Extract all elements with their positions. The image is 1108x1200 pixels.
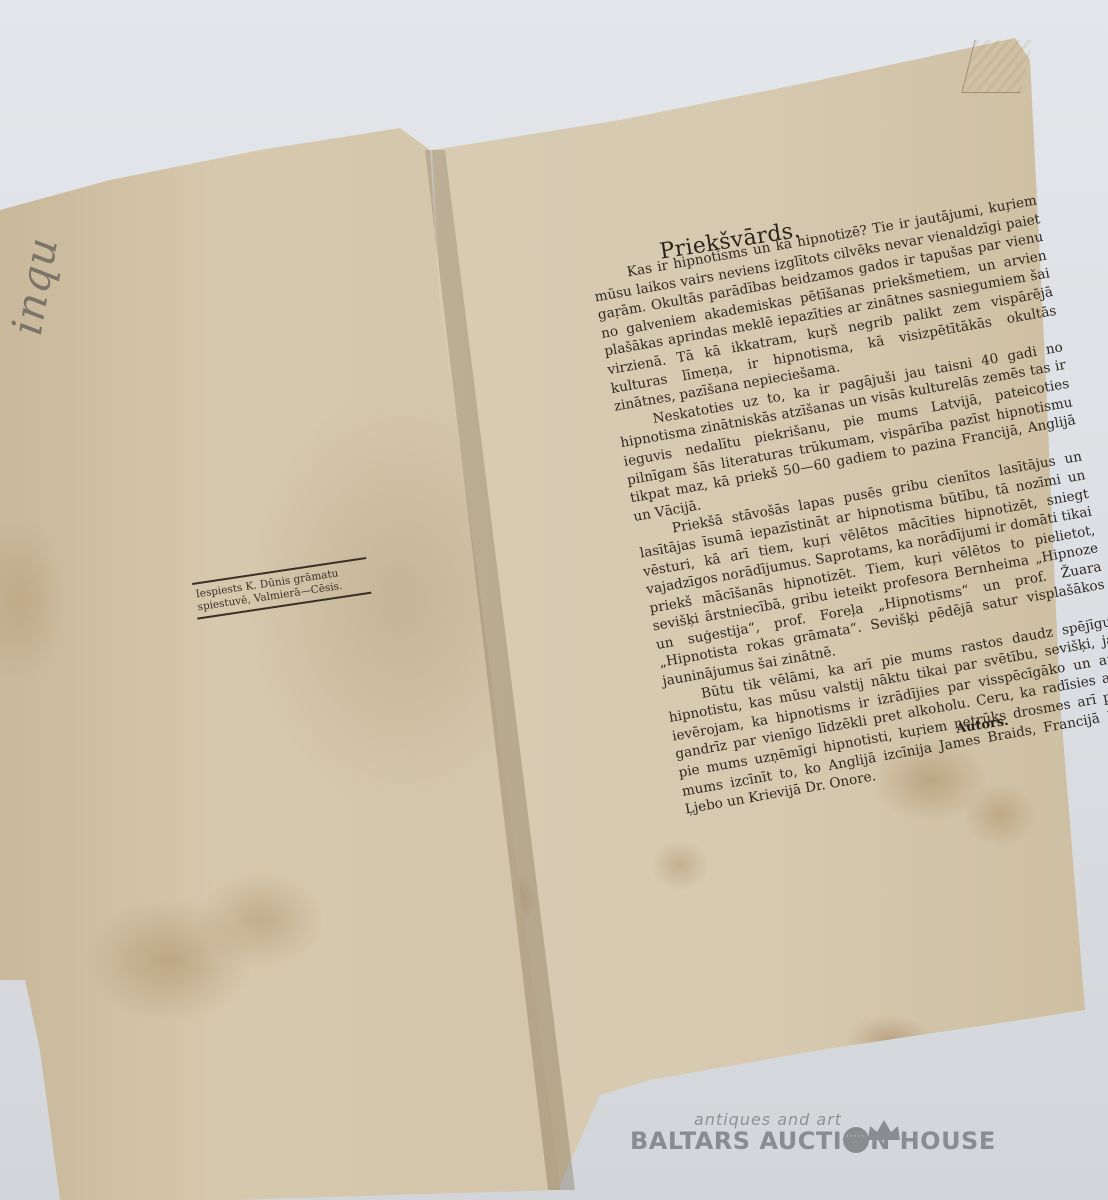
photo-scene: inqu Iespiests K. Dūnis grāmatu spiestuv… — [0, 0, 1108, 1200]
watermark-name-part-1: BALTARS AUCTI — [630, 1127, 842, 1155]
auction-house-watermark: antiques and art BALTARS AUCTIN HOUSE — [628, 1110, 1028, 1180]
watermark-name: BALTARS AUCTIN HOUSE — [630, 1127, 996, 1155]
